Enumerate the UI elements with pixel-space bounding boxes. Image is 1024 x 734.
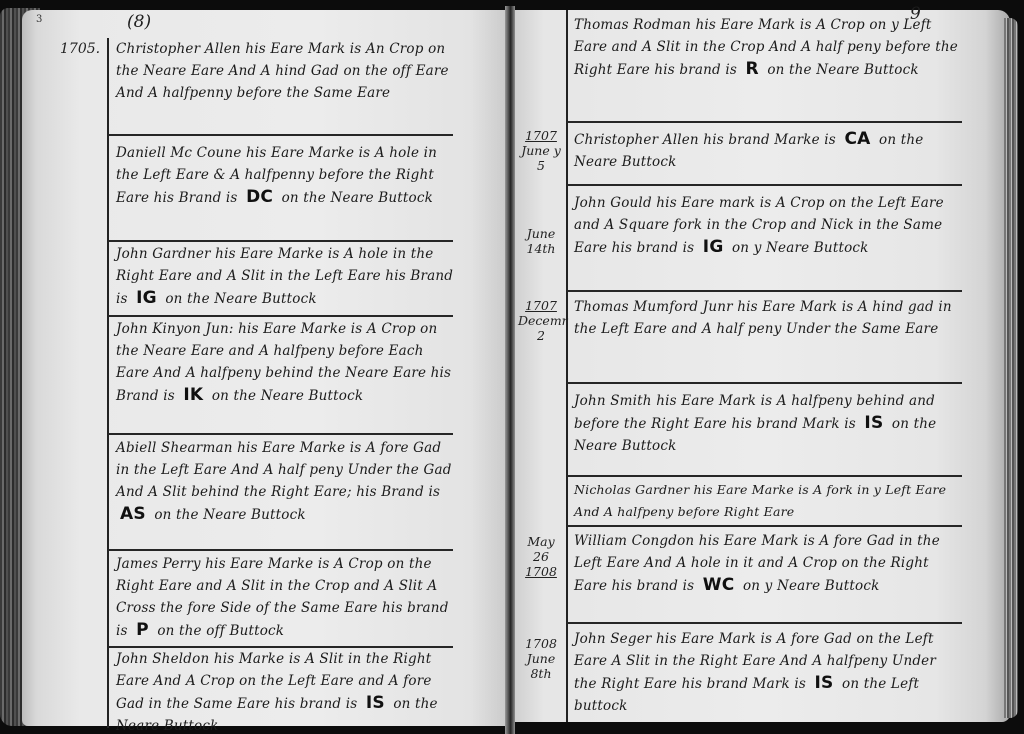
entry-date: May 26 1708 — [518, 534, 564, 579]
entry-text-tail: on the Neare Buttock — [767, 62, 918, 78]
entry-date: June 14th — [518, 226, 564, 256]
register-entry: Daniell Mc Coune his Eare Marke is A hol… — [116, 142, 456, 209]
entry-date: 1708 June 8th — [518, 636, 564, 681]
left-margin-rule — [107, 38, 109, 728]
entry-divider — [567, 382, 962, 384]
entry-text-tail: on the Neare Buttock — [165, 291, 316, 307]
book-page-edges-right — [1004, 18, 1018, 718]
entry-text: Thomas Mumford Junr his Eare Mark is A h… — [574, 299, 952, 337]
entry-divider — [108, 433, 453, 435]
register-entry: Christopher Allen his Eare Mark is An Cr… — [116, 38, 456, 104]
entry-text: Nicholas Gardner his Eare Marke is A for… — [574, 482, 946, 519]
register-entry: Nicholas Gardner his Eare Marke is A for… — [574, 479, 959, 523]
entry-text-tail: on the Neare Buttock — [282, 190, 433, 206]
entry-date: 1707 June y 5 — [518, 128, 564, 173]
entry-text-tail: on the Neare Buttock — [212, 388, 363, 404]
register-entry: William Congdon his Eare Mark is A fore … — [574, 530, 959, 597]
entry-text: Christopher Allen his brand Marke is — [574, 132, 836, 148]
register-entry: John Kinyon Jun: his Eare Marke is A Cro… — [116, 318, 456, 407]
brand-mark: R — [742, 59, 763, 79]
entry-divider — [567, 290, 962, 292]
book-gutter — [505, 6, 515, 734]
entry-divider — [108, 240, 453, 242]
entry-divider — [567, 475, 962, 477]
entry-text-tail: on y Neare Buttock — [743, 578, 880, 594]
entry-text-tail: on y Neare Buttock — [732, 240, 869, 256]
brand-mark: P — [132, 620, 153, 640]
brand-mark: IG — [132, 288, 161, 308]
brand-mark: IG — [699, 237, 728, 257]
register-entry: Thomas Mumford Junr his Eare Mark is A h… — [574, 296, 959, 340]
brand-mark: IS — [362, 693, 389, 713]
entry-text: Abiell Shearman his Eare Marke is A fore… — [116, 440, 452, 500]
entry-divider — [567, 622, 962, 624]
register-entry: John Smith his Eare Mark is A halfpeny b… — [574, 390, 959, 457]
margin-year: 1705. — [60, 42, 100, 57]
entry-divider — [108, 315, 453, 317]
entry-text: Christopher Allen his Eare Mark is An Cr… — [116, 41, 449, 101]
page-number-left: (8) — [127, 12, 151, 32]
register-entry: John Gould his Eare mark is A Crop on th… — [574, 192, 959, 259]
entry-text-tail: on the Neare Buttock — [154, 507, 305, 523]
register-entry: John Gardner his Eare Marke is A hole in… — [116, 243, 456, 310]
entry-divider — [567, 121, 962, 123]
right-margin-rule — [566, 10, 568, 722]
entry-text-tail: on the off Buttock — [157, 623, 284, 639]
brand-mark: IS — [811, 673, 838, 693]
brand-mark: CA — [840, 129, 874, 149]
entry-divider — [108, 134, 453, 136]
register-entry: Abiell Shearman his Eare Marke is A fore… — [116, 437, 456, 526]
open-ledger-book: 3 (8) 1705. 9 Christopher Allen his Eare… — [0, 0, 1024, 734]
brand-mark: DC — [242, 187, 277, 207]
register-entry: John Sheldon his Marke is A Slit in the … — [116, 648, 456, 734]
entry-divider — [567, 184, 962, 186]
entry-divider — [567, 525, 962, 527]
register-entry: John Seger his Eare Mark is A fore Gad o… — [574, 628, 959, 717]
brand-mark: AS — [116, 504, 150, 524]
brand-mark: IS — [860, 413, 887, 433]
corner-mark: 3 — [36, 14, 42, 25]
register-entry: Christopher Allen his brand Marke is CA … — [574, 128, 959, 173]
entry-date: 1707 Decemr 2 — [518, 298, 564, 343]
entry-divider — [108, 549, 453, 551]
brand-mark: IK — [179, 385, 207, 405]
register-entry: Thomas Rodman his Eare Mark is A Crop on… — [574, 14, 959, 81]
brand-mark: WC — [699, 575, 739, 595]
register-entry: James Perry his Eare Marke is A Crop on … — [116, 553, 456, 642]
right-page — [514, 10, 1010, 722]
